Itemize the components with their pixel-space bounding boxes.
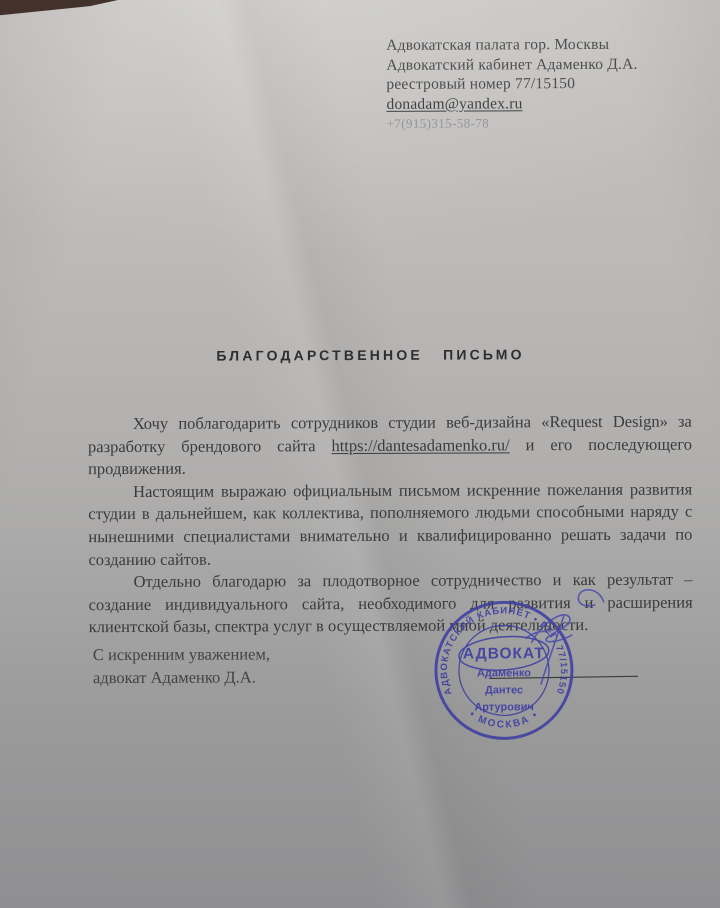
- letterhead-office: Адвокатский кабинет Адаменко Д.А.: [386, 54, 676, 75]
- stamp-center-title: АДВОКАТ: [463, 645, 545, 662]
- stamp-texts: АДВОКАТСКИЙ КАБИНЕТ • РЕГ. 77/15150 • МО…: [439, 605, 570, 731]
- stamp-name-surname: Адаменко: [477, 667, 531, 679]
- signoff-respect-line: С искренним уважением,: [93, 643, 270, 666]
- website-link-text: https://dantesadamenko.ru/: [331, 435, 509, 455]
- letterhead-email: donadam@yandex.ru: [386, 93, 676, 114]
- stamp-svg: АДВОКАТСКИЙ КАБИНЕТ • РЕГ. 77/15150 • МО…: [414, 580, 655, 773]
- letterhead-registry-number: реестровый номер 77/15150: [386, 74, 676, 95]
- stamp-and-signature: АДВОКАТСКИЙ КАБИНЕТ • РЕГ. 77/15150 • МО…: [414, 580, 655, 773]
- letterhead-phone: +7(915)315-58-78: [387, 113, 677, 134]
- signoff: С искренним уважением, адвокат Адаменко …: [93, 643, 270, 689]
- letterhead-org: Адвокатская палата гор. Москвы: [386, 35, 676, 56]
- letter-content: Адвокатская палата гор. Москвы Адвокатск…: [0, 0, 720, 908]
- signoff-name-line: адвокат Адаменко Д.А.: [93, 666, 270, 689]
- stamp-name-first: Дантес: [485, 684, 523, 696]
- letterhead: Адвокатская палата гор. Москвы Адвокатск…: [386, 35, 676, 134]
- letter-page: Адвокатская палата гор. Москвы Адвокатск…: [0, 0, 720, 908]
- letter-title: БЛАГОДАРСТВЕННОЕ ПИСЬМО: [22, 345, 720, 364]
- paragraph-1: Хочу поблагодарить сотрудников студии ве…: [88, 411, 692, 481]
- stamp-name-patronymic: Артурович: [474, 701, 534, 713]
- paragraph-2: Настоящим выражаю официальным письмом ис…: [88, 478, 692, 571]
